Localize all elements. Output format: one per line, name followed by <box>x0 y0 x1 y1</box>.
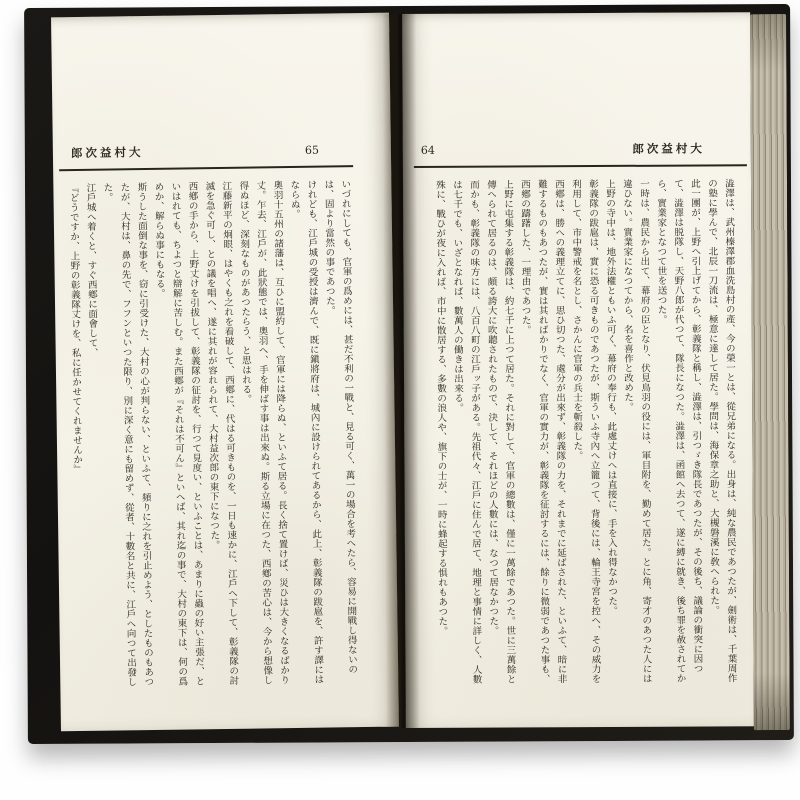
page-stack-edge <box>750 14 790 730</box>
paragraph: 斯うした面倒な事を、窃に引受けた、大村の心が判らない、といふて、頻りに之れを引止… <box>98 182 156 695</box>
left-page-text: いづれにしても、官軍の爲めには、甚だ不利の一戰と、見る可く、萬一の場合を考へたら… <box>61 179 360 695</box>
book-photo: 郎次益村大 65 いづれにしても、官軍の爲めには、甚だ不利の一戰と、見る可く、萬… <box>0 0 800 800</box>
left-page: 郎次益村大 65 いづれにしても、官軍の爲めには、甚だ不利の一戰と、見る可く、萬… <box>51 13 399 732</box>
right-page-text: 澁澤は、武州榛澤郡血洗島村の產、今の榮一とは、從兄弟になる。出身は、純な農民であ… <box>413 178 740 692</box>
paragraph: 西鄕は、勝への義理立てに、思ひ切つた、處分が出來ず、彰義隊の力を、それまでに延ば… <box>516 179 570 691</box>
paragraph: 西鄕の手から、上野丈けを引拔して、彰義隊の征討を、行つて見度い、といふことは、あ… <box>149 181 207 694</box>
paragraph: 而かも、彰義隊の味方には、八百八町の江戶ッ子がある。先祖代々、江戶に住んで居て、… <box>448 180 485 692</box>
paragraph: 江藤新平の炯眼、はやくも之れを看破して、西鄕に、代はる可きものを、一日も速かに、… <box>200 181 241 693</box>
right-page: 郎次益村大 64 澁澤は、武州榛澤郡血洗島村の產、今の榮一とは、從兄弟になる。出… <box>402 12 754 728</box>
paragraph: 奧羽十五州の諸藩は、互ひに盟約して、官軍には降らぬ、といふて居る。長く捨て置けば… <box>234 180 292 693</box>
paragraph: いづれにしても、官軍の爲めには、甚だ不利の一戰と、見る可く、萬一の場合を考へたら… <box>319 179 360 691</box>
paragraph: 上野の寺中は、地外法權ともいふ可く、幕府の奉行も、此處丈けへは直接に、手を入れ得… <box>601 179 621 691</box>
header-rule-right <box>414 164 747 168</box>
page-number-left: 65 <box>305 144 319 157</box>
running-head-left: 郎次益村大 <box>71 144 144 161</box>
running-head-right: 郎次益村大 <box>632 140 705 156</box>
header-rule-left <box>59 165 353 171</box>
paragraph: 一時は、農民から出て、幕府の臣となり、伏見鳥羽の役には、軍目附を、勤めて居た。と… <box>618 179 655 691</box>
paragraph: 殊に、戰ひが夜に入れば、市中に散居する、多數の浪人や、旗下の士が、一時に蜂起する… <box>431 180 451 692</box>
paragraph: 彰義隊の跋扈は、實に恐る可きものであつたが、斯ういふ寺內へ立籠つて、背後には、輪… <box>567 179 604 691</box>
page-number-right: 64 <box>421 144 435 157</box>
paragraph: けれども、江戶城の受授は濟んで、既に鎭將府は、城內に設けられてあるから、此上、彰… <box>285 180 326 692</box>
paragraph: 澁澤は、武州榛澤郡血洗島村の產、今の榮一とは、從兄弟になる。出身は、純な農民であ… <box>703 178 740 690</box>
paragraph: 此一團が、上野へ引上げてから、彰義隊と稱し、澁澤は、引つゞき隊長であつたが、その… <box>652 178 706 690</box>
paragraph: 上野に屯集する彰義隊は、約七千に上つて居た。それに對して、官軍の總數は、僅に一萬… <box>482 179 519 691</box>
book-cover: 郎次益村大 65 いづれにしても、官軍の爲めには、甚だ不利の一戰と、見る可く、萬… <box>24 4 794 744</box>
